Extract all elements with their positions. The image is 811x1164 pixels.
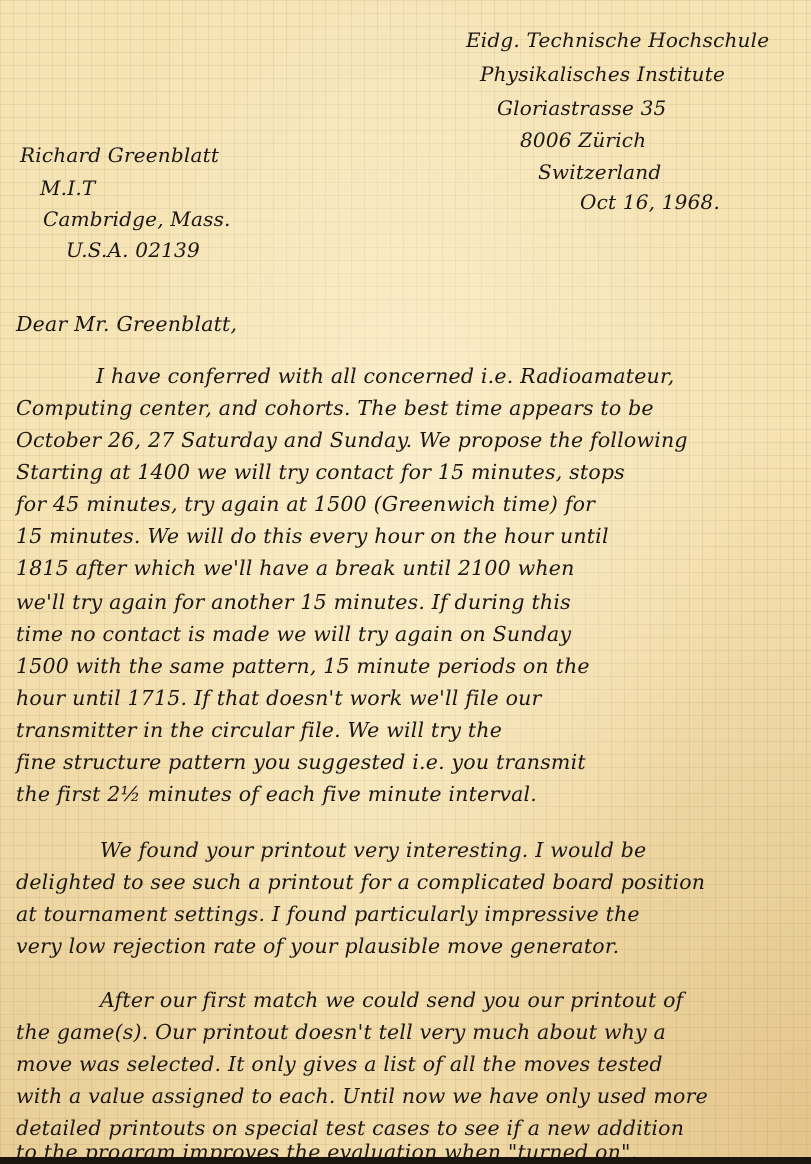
salutation: Dear Mr. Greenblatt,	[16, 312, 237, 336]
recipient-address-line: Cambridge, Mass.	[43, 207, 231, 231]
body-line: the first 2½ minutes of each five minute…	[16, 782, 537, 806]
letter-date: Oct 16, 1968.	[580, 190, 720, 214]
body-line: 1815 after which we'll have a break unti…	[16, 556, 575, 580]
body-line: we'll try again for another 15 minutes. …	[16, 590, 571, 614]
body-line: Computing center, and cohorts. The best …	[16, 396, 654, 420]
body-line: the game(s). Our printout doesn't tell v…	[16, 1020, 666, 1044]
recipient-address-line: Richard Greenblatt	[20, 143, 219, 167]
sender-address-line: Switzerland	[538, 160, 661, 184]
body-line: 1500 with the same pattern, 15 minute pe…	[16, 654, 590, 678]
body-line: very low rejection rate of your plausibl…	[16, 934, 619, 958]
body-line: I have conferred with all concerned i.e.…	[96, 364, 674, 388]
body-line: transmitter in the circular file. We wil…	[16, 718, 502, 742]
body-line: delighted to see such a printout for a c…	[16, 870, 705, 894]
body-line: Starting at 1400 we will try contact for…	[16, 460, 625, 484]
sender-address-line: Gloriastrasse 35	[497, 96, 666, 120]
body-line: October 26, 27 Saturday and Sunday. We p…	[16, 428, 688, 452]
sender-address-line: 8006 Zürich	[520, 128, 646, 152]
body-line: detailed printouts on special test cases…	[16, 1116, 684, 1140]
sender-address-line: Physikalisches Institute	[480, 62, 725, 86]
body-line: with a value assigned to each. Until now…	[16, 1084, 708, 1108]
body-line: fine structure pattern you suggested i.e…	[16, 750, 586, 774]
body-line: 15 minutes. We will do this every hour o…	[16, 524, 609, 548]
recipient-address-line: M.I.T	[40, 176, 95, 200]
sender-address-line: Eidg. Technische Hochschule	[466, 28, 769, 52]
recipient-address-line: U.S.A. 02139	[66, 238, 200, 262]
body-line: hour until 1715. If that doesn't work we…	[16, 686, 542, 710]
page-bottom-edge	[0, 1157, 811, 1163]
handwritten-letter-page: Eidg. Technische Hochschule Physikalisch…	[0, 0, 811, 1157]
body-line: time no contact is made we will try agai…	[16, 622, 571, 646]
body-line: After our first match we could send you …	[100, 988, 683, 1012]
body-line: for 45 minutes, try again at 1500 (Green…	[16, 492, 595, 516]
body-line: move was selected. It only gives a list …	[16, 1052, 663, 1076]
body-line: We found your printout very interesting.…	[100, 838, 646, 862]
body-line: at tournament settings. I found particul…	[16, 902, 640, 926]
